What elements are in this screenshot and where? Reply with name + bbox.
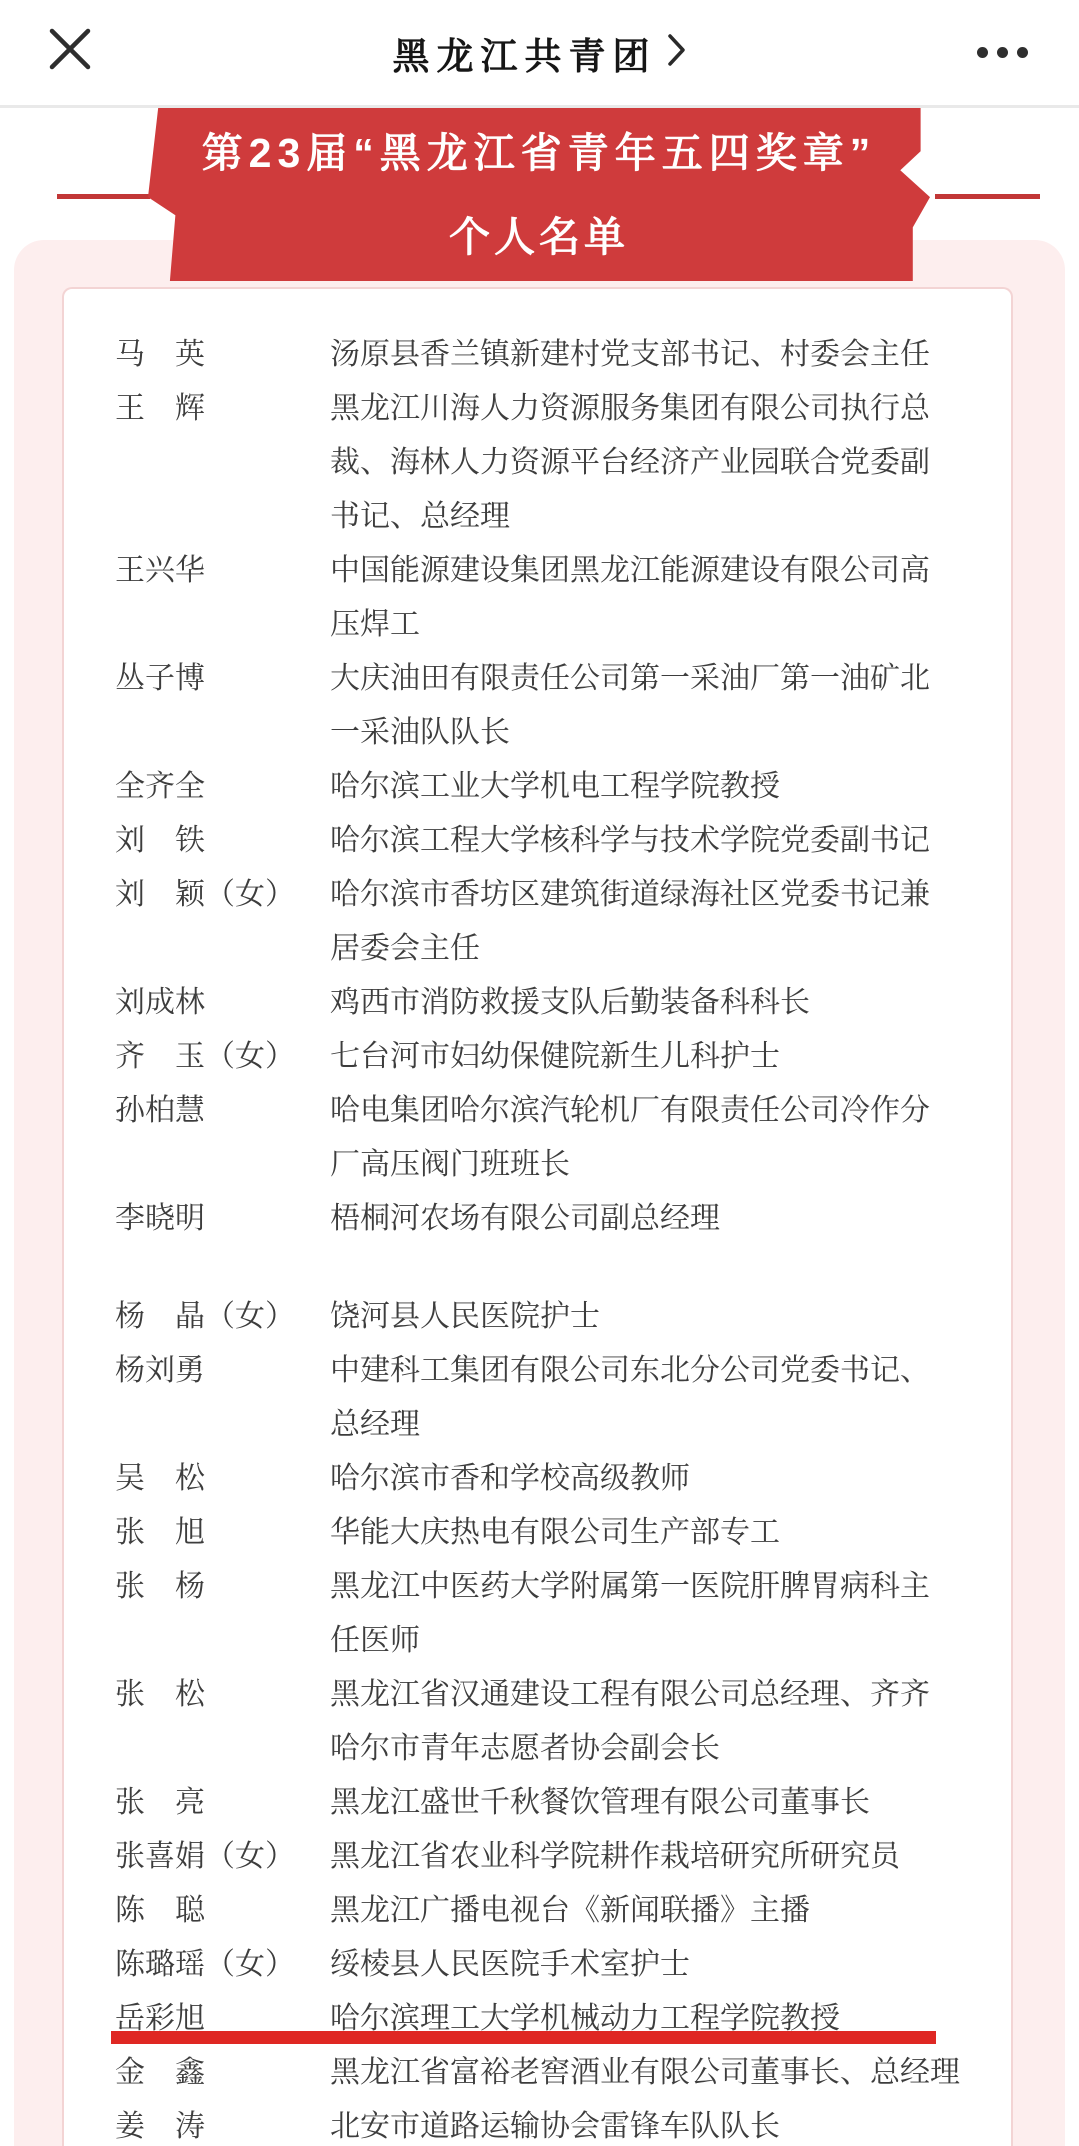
person-name: 刘 铁 — [115, 814, 330, 868]
chevron-right-icon — [667, 32, 687, 73]
person-name: 刘成林 — [115, 976, 330, 1030]
person-description: 黑龙江省农业科学院耕作栽培研究所研究员 — [330, 1830, 978, 1884]
list-row: 全齐全 哈尔滨工业大学机电工程学院教授 — [115, 760, 981, 814]
person-description: 黑龙江广播电视台《新闻联播》主播 — [330, 1884, 978, 1938]
more-options-icon — [977, 47, 988, 58]
person-description: 北安市道路运输协会雷锋车队队长 — [330, 2100, 978, 2146]
person-name: 孙柏慧 — [115, 1084, 330, 1138]
list-row: 陈 聪 黑龙江广播电视台《新闻联播》主播 — [115, 1884, 981, 1938]
person-description: 黑龙江川海人力资源服务集团有限公司执行总 裁、海林人力资源平台经济产业园联合党委… — [330, 382, 978, 544]
person-description: 哈电集团哈尔滨汽轮机厂有限责任公司冷作分 厂高压阀门班班长 — [330, 1084, 978, 1192]
top-bar: 黑龙江共青团 — [0, 0, 1079, 108]
more-options-icon — [1017, 47, 1028, 58]
person-name: 马 英 — [115, 328, 330, 382]
person-name: 岳彩旭 — [115, 1992, 330, 2046]
list-row: 张 杨 黑龙江中医药大学附属第一医院肝脾胃病科主 任医师 — [115, 1560, 981, 1668]
list-row: 岳彩旭 哈尔滨理工大学机械动力工程学院教授 — [115, 1992, 981, 2046]
ribbon-string-right — [935, 194, 1040, 199]
person-description: 绥棱县人民医院手术室护士 — [330, 1938, 978, 1992]
person-description: 汤原县香兰镇新建村党支部书记、村委会主任 — [330, 328, 978, 382]
list-row: 张 旭 华能大庆热电有限公司生产部专工 — [115, 1506, 981, 1560]
person-name: 齐 玉（女） — [115, 1030, 330, 1084]
list-row: 姜 涛 北安市道路运输协会雷锋车队队长 — [115, 2100, 981, 2146]
person-description: 梧桐河农场有限公司副总经理 — [330, 1192, 978, 1246]
title-area: 黑龙江共青团 — [0, 0, 1079, 105]
list-row: 张 亮 黑龙江盛世千秋餐饮管理有限公司董事长 — [115, 1776, 981, 1830]
person-name: 张 杨 — [115, 1560, 330, 1614]
person-name: 李晓明 — [115, 1192, 330, 1246]
list-row: 陈璐瑶（女） 绥棱县人民医院手术室护士 — [115, 1938, 981, 1992]
person-name: 张 松 — [115, 1668, 330, 1722]
ribbon-banner: 第23届“黑龙江省青年五四奖章” 个人名单 — [148, 108, 930, 281]
person-description: 哈尔滨市香和学校高级教师 — [330, 1452, 978, 1506]
list-row: 吴 松 哈尔滨市香和学校高级教师 — [115, 1452, 981, 1506]
more-options-button[interactable] — [967, 30, 1037, 74]
banner-title-line2: 个人名单 — [449, 214, 629, 260]
list-row: 刘 颖（女） 哈尔滨市香坊区建筑街道绿海社区党委书记兼 居委会主任 — [115, 868, 981, 976]
person-description: 大庆油田有限责任公司第一采油厂第一油矿北 一采油队队长 — [330, 652, 978, 760]
list-row: 刘 铁 哈尔滨工程大学核科学与技术学院党委副书记 — [115, 814, 981, 868]
person-description: 饶河县人民医院护士 — [330, 1290, 978, 1344]
list-row: 齐 玉（女） 七台河市妇幼保健院新生儿科护士 — [115, 1030, 981, 1084]
person-description: 哈尔滨市香坊区建筑街道绿海社区党委书记兼 居委会主任 — [330, 868, 978, 976]
person-name: 张喜娟（女） — [115, 1830, 330, 1884]
person-description: 中国能源建设集团黑龙江能源建设有限公司高 压焊工 — [330, 544, 978, 652]
person-name: 陈 聪 — [115, 1884, 330, 1938]
person-description: 黑龙江省富裕老窖酒业有限公司董事长、总经理 — [330, 2046, 978, 2100]
person-name: 陈璐瑶（女） — [115, 1938, 330, 1992]
list-row: 王 辉 黑龙江川海人力资源服务集团有限公司执行总 裁、海林人力资源平台经济产业园… — [115, 382, 981, 544]
person-name: 张 旭 — [115, 1506, 330, 1560]
person-name: 姜 涛 — [115, 2100, 330, 2146]
person-description: 中建科工集团有限公司东北分公司党委书记、 总经理 — [330, 1344, 978, 1452]
banner-title-line1: 第23届“黑龙江省青年五四奖章” — [202, 130, 877, 176]
more-options-icon — [997, 47, 1008, 58]
person-name: 张 亮 — [115, 1776, 330, 1830]
list-row: 刘成林 鸡西市消防救援支队后勤装备科科长 — [115, 976, 981, 1030]
list-row: 杨刘勇 中建科工集团有限公司东北分公司党委书记、 总经理 — [115, 1344, 981, 1452]
person-description: 黑龙江中医药大学附属第一医院肝脾胃病科主 任医师 — [330, 1560, 978, 1668]
list-row: 张喜娟（女） 黑龙江省农业科学院耕作栽培研究所研究员 — [115, 1830, 981, 1884]
person-name: 金 鑫 — [115, 2046, 330, 2100]
person-name: 全齐全 — [115, 760, 330, 814]
list-row: 马 英 汤原县香兰镇新建村党支部书记、村委会主任 — [115, 328, 981, 382]
person-name: 吴 松 — [115, 1452, 330, 1506]
person-description: 七台河市妇幼保健院新生儿科护士 — [330, 1030, 978, 1084]
list-row: 杨 晶（女） 饶河县人民医院护士 — [115, 1290, 981, 1344]
list-row: 李晓明 梧桐河农场有限公司副总经理 — [115, 1192, 981, 1246]
person-name: 刘 颖（女） — [115, 868, 330, 922]
person-name: 杨刘勇 — [115, 1344, 330, 1398]
award-list-card: 马 英 汤原县香兰镇新建村党支部书记、村委会主任 王 辉 黑龙江川海人力资源服务… — [62, 287, 1013, 2146]
list-row: 张 松 黑龙江省汉通建设工程有限公司总经理、齐齐 哈尔市青年志愿者协会副会长 — [115, 1668, 981, 1776]
ribbon-string-left — [57, 194, 150, 199]
list-row: 王兴华 中国能源建设集团黑龙江能源建设有限公司高 压焊工 — [115, 544, 981, 652]
list-row: 丛子博 大庆油田有限责任公司第一采油厂第一油矿北 一采油队队长 — [115, 652, 981, 760]
person-description: 华能大庆热电有限公司生产部专工 — [330, 1506, 978, 1560]
person-description: 黑龙江省汉通建设工程有限公司总经理、齐齐 哈尔市青年志愿者协会副会长 — [330, 1668, 978, 1776]
person-description: 哈尔滨工业大学机电工程学院教授 — [330, 760, 978, 814]
person-description: 鸡西市消防救援支队后勤装备科科长 — [330, 976, 978, 1030]
account-title[interactable]: 黑龙江共青团 — [393, 26, 657, 80]
person-name: 丛子博 — [115, 652, 330, 706]
person-description: 哈尔滨工程大学核科学与技术学院党委副书记 — [330, 814, 978, 868]
person-name: 杨 晶（女） — [115, 1290, 330, 1344]
person-description: 哈尔滨理工大学机械动力工程学院教授 — [330, 1992, 978, 2046]
person-description: 黑龙江盛世千秋餐饮管理有限公司董事长 — [330, 1776, 978, 1830]
person-name: 王兴华 — [115, 544, 330, 598]
list-row: 金 鑫 黑龙江省富裕老窖酒业有限公司董事长、总经理 — [115, 2046, 981, 2100]
person-name: 王 辉 — [115, 382, 330, 436]
list-row: 孙柏慧 哈电集团哈尔滨汽轮机厂有限责任公司冷作分 厂高压阀门班班长 — [115, 1084, 981, 1192]
